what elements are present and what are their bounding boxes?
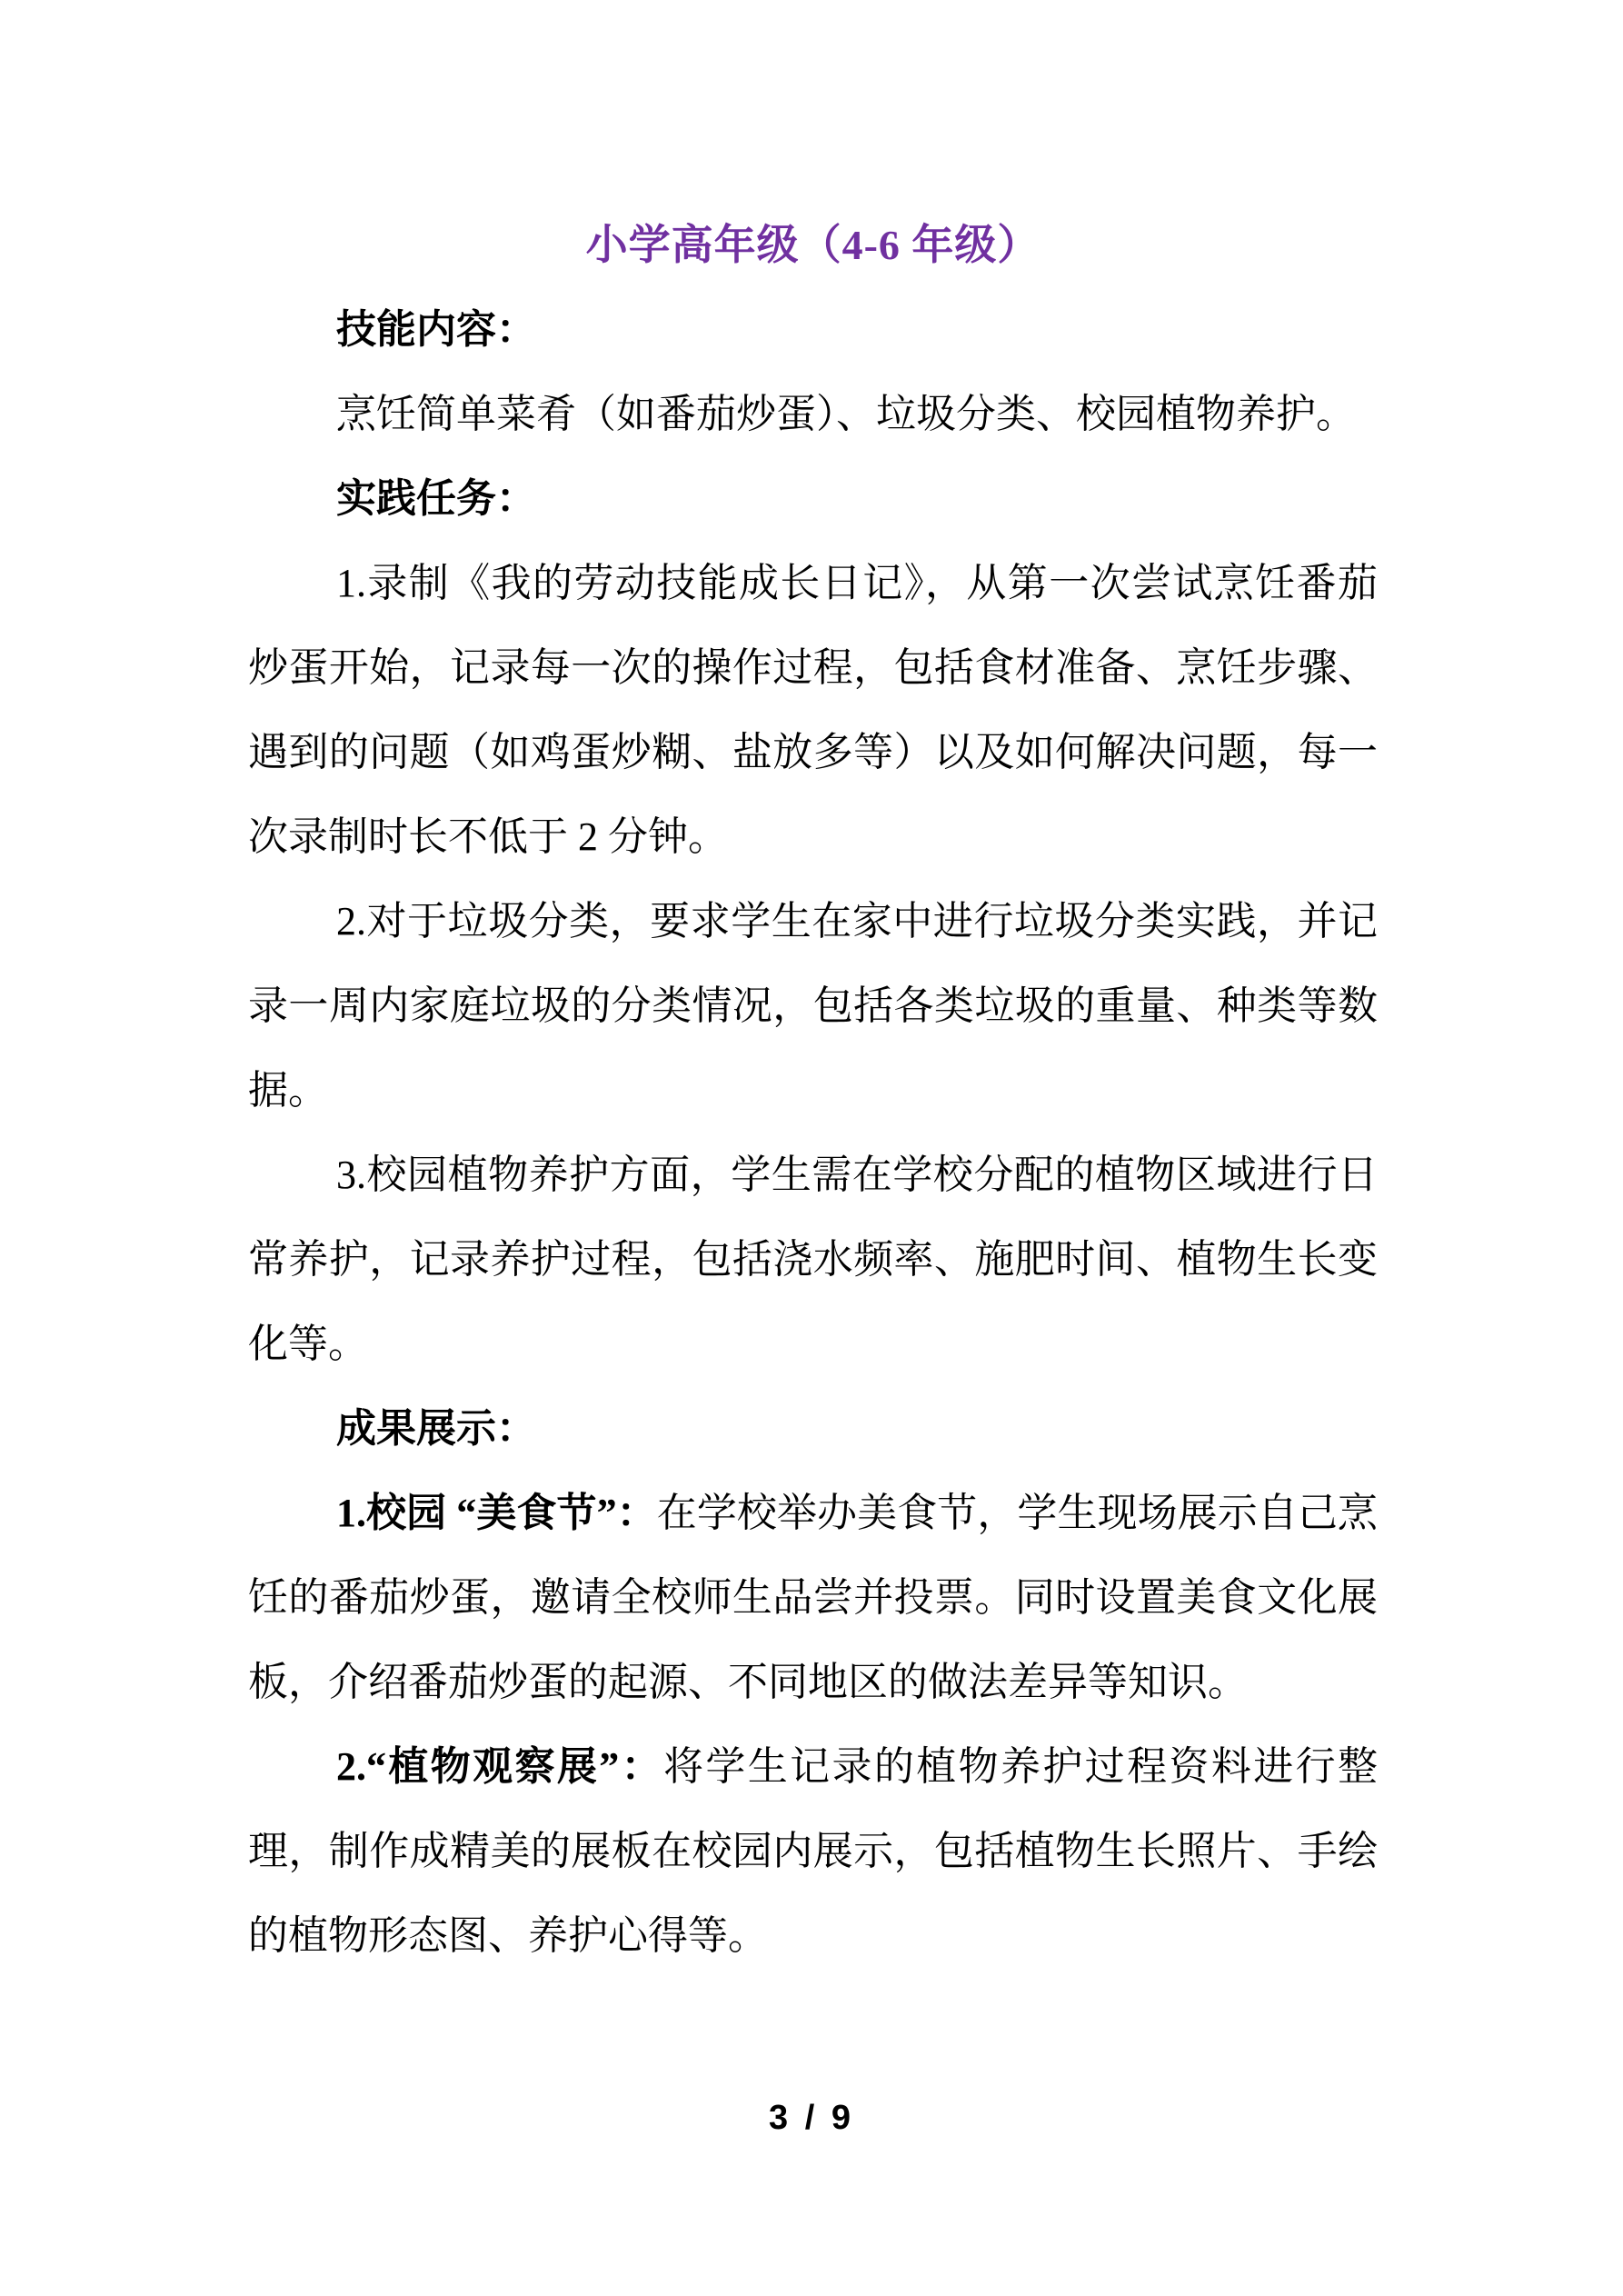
paragraph-lead: 1.校园 “美食节”： [336,1491,657,1535]
body-paragraph: 烹饪简单菜肴（如番茄炒蛋）、垃圾分类、校园植物养护。 [248,372,1378,456]
paragraph-text: 烹饪简单菜肴（如番茄炒蛋）、垃圾分类、校园植物养护。 [336,392,1356,436]
paragraph-text: 2.对于垃圾分类，要求学生在家中进行垃圾分类实践，并记录一周内家庭垃圾的分类情况… [248,899,1378,1113]
document-body: 小学高年级（4-6 年级） 技能内容：烹饪简单菜肴（如番茄炒蛋）、垃圾分类、校园… [248,203,1378,1978]
page-number-indicator: 3 / 9 [0,2076,1623,2161]
section-heading: 成果展示： [248,1386,1378,1471]
paragraph-text: 成果展示： [336,1406,536,1451]
paragraph-text: 技能内容： [336,307,536,352]
section-heading: 技能内容： [248,287,1378,372]
body-paragraph: 3.校园植物养护方面，学生需在学校分配的植物区域进行日常养护，记录养护过程，包括… [248,1133,1378,1386]
paragraph-text: 3.校园植物养护方面，学生需在学校分配的植物区域进行日常养护，记录养护过程，包括… [248,1153,1378,1366]
paragraph-lead: 2.“植物观察展”： [336,1744,663,1789]
body-paragraph: 1.录制《我的劳动技能成长日记》，从第一次尝试烹饪番茄炒蛋开始，记录每一次的操作… [248,541,1378,879]
document-page: 小学高年级（4-6 年级） 技能内容：烹饪简单菜肴（如番茄炒蛋）、垃圾分类、校园… [0,0,1623,2296]
page-title: 小学高年级（4-6 年级） [248,203,1378,287]
body-paragraph: 2.“植物观察展”：将学生记录的植物养护过程资料进行整理，制作成精美的展板在校园… [248,1724,1378,1978]
body-paragraph: 1.校园 “美食节”：在学校举办美食节，学生现场展示自己烹饪的番茄炒蛋，邀请全校… [248,1471,1378,1724]
paragraph-text: 1.录制《我的劳动技能成长日记》，从第一次尝试烹饪番茄炒蛋开始，记录每一次的操作… [248,561,1378,859]
body-paragraph: 2.对于垃圾分类，要求学生在家中进行垃圾分类实践，并记录一周内家庭垃圾的分类情况… [248,879,1378,1133]
section-heading: 实践任务： [248,456,1378,541]
paragraph-text: 实践任务： [336,476,536,521]
